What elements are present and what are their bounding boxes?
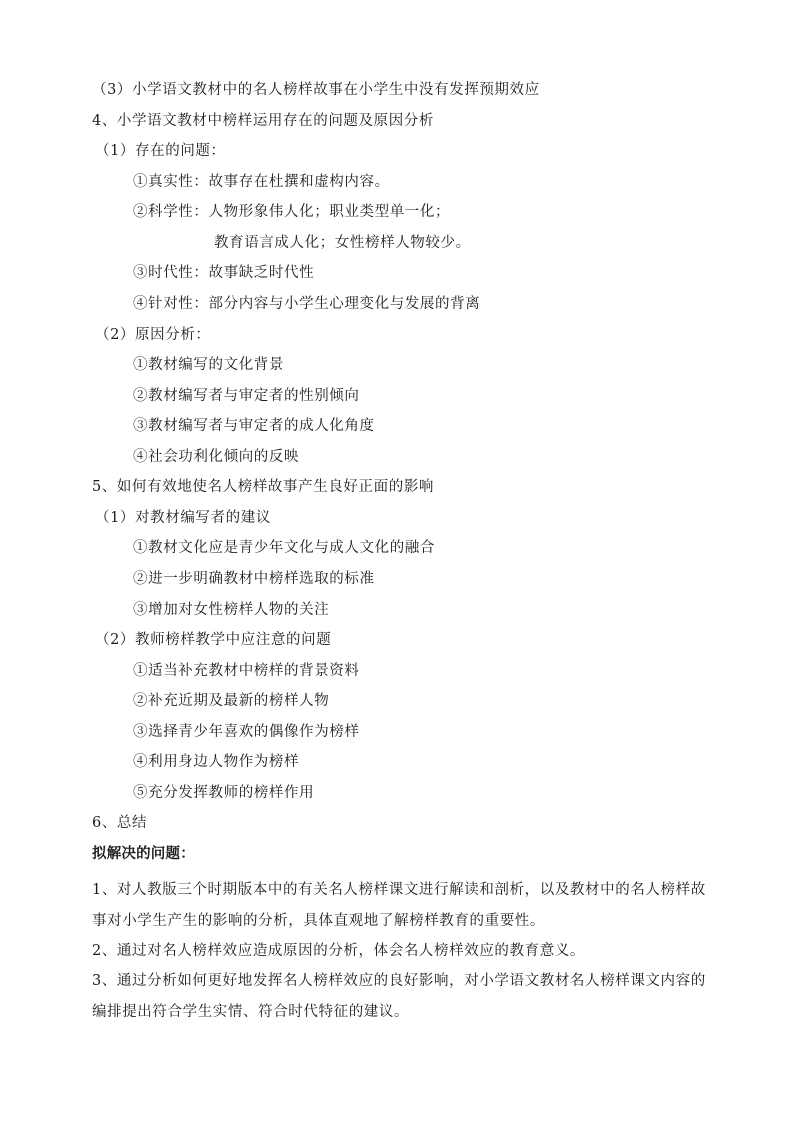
list-item-suggestion-3: ③增加对女性榜样人物的关注: [133, 600, 329, 620]
list-item-teacher-3: ③选择青少年喜欢的偶像作为榜样: [133, 722, 360, 742]
list-item-suggestion-1: ①教材文化应是青少年文化与成人文化的融合: [133, 538, 435, 558]
list-item-scientific: ②科学性：人物形象伟人化；职业类型单一化；: [133, 202, 450, 222]
problem-paragraph-3: 3、通过分析如何更好地发挥名人榜样效应的良好影响，对小学语文教材名人榜样课文内容…: [92, 966, 712, 1027]
problem-paragraph-1: 1、对人教版三个时期版本中的有关名人榜样课文进行解读和剖析，以及教材中的名人榜样…: [92, 875, 712, 936]
document-page: （3）小学语文教材中的名人榜样故事在小学生中没有发挥预期效应 4、小学语文教材中…: [0, 0, 793, 1122]
subsection-4-1-heading: （1）存在的问题：: [95, 141, 226, 161]
list-item-timeliness: ③时代性：故事缺乏时代性: [133, 263, 314, 283]
list-item-teacher-4: ④利用身边人物作为榜样: [133, 752, 299, 772]
list-item-teacher-2: ②补充近期及最新的榜样人物: [133, 691, 329, 711]
list-item-scientific-continued: 教育语言成人化；女性榜样人物较少。: [214, 233, 471, 253]
section-5-heading: 5、如何有效地使名人榜样故事产生良好正面的影响: [92, 477, 434, 497]
list-item-authenticity: ①真实性：故事存在杜撰和虚构内容。: [133, 172, 390, 192]
list-item-cause-1: ①教材编写的文化背景: [133, 355, 284, 375]
list-item-teacher-5: ⑤充分发挥教师的榜样作用: [133, 783, 314, 803]
list-item-teacher-1: ①适当补充教材中榜样的背景资料: [133, 661, 360, 681]
list-item-pertinence: ④针对性：部分内容与小学生心理变化与发展的背离: [133, 294, 480, 314]
outline-item-3-3: （3）小学语文教材中的名人榜样故事在小学生中没有发挥预期效应: [92, 80, 540, 100]
list-item-cause-4: ④社会功利化倾向的反映: [133, 447, 299, 467]
subsection-5-2-heading: （2）教师榜样教学中应注意的问题: [95, 630, 331, 650]
subsection-5-1-heading: （1）对教材编写者的建议: [95, 508, 271, 528]
list-item-suggestion-2: ②进一步明确教材中榜样选取的标准: [133, 569, 375, 589]
section-4-heading: 4、小学语文教材中榜样运用存在的问题及原因分析: [92, 111, 434, 131]
subsection-4-2-heading: （2）原因分析：: [95, 325, 211, 345]
list-item-cause-2: ②教材编写者与审定者的性别倾向: [133, 386, 360, 406]
problem-paragraph-2: 2、通过对名人榜样效应造成原因的分析，体会名人榜样效应的教育意义。: [92, 936, 712, 967]
problems-heading: 拟解决的问题：: [92, 844, 195, 864]
section-6-heading: 6、总结: [92, 813, 147, 833]
list-item-cause-3: ③教材编写者与审定者的成人化角度: [133, 416, 375, 436]
